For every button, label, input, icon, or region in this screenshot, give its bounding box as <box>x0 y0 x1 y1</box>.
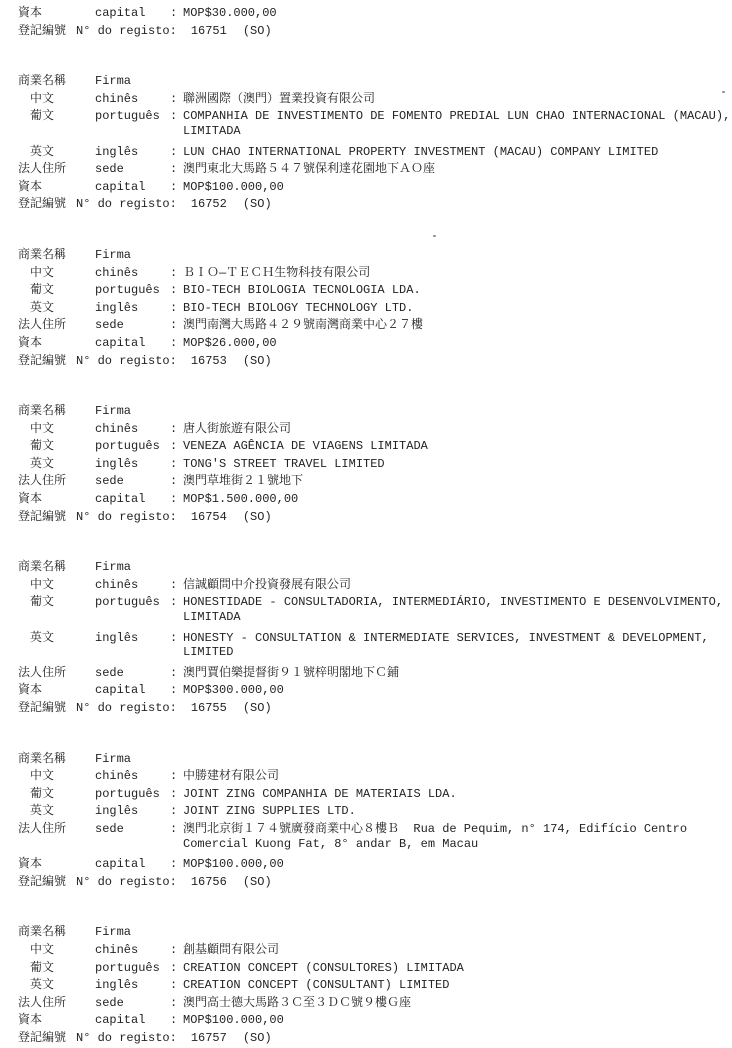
chinese-name-row-label-zh: 中文 <box>30 263 95 280</box>
portuguese-name-row: 葡文português:CREATION CONCEPT (CONSULTORE… <box>0 958 732 976</box>
colon: : <box>170 769 183 783</box>
capital-label-pt: capital <box>95 6 170 20</box>
registo-suffix: (SO) <box>243 24 272 38</box>
registry-entries-list: 商業名稱Firma中文chinês:聯洲國際（澳門）置業投資有限公司葡文port… <box>0 71 732 1045</box>
colon: : <box>170 631 183 645</box>
registo-row: 登記編號 N° do registo: 16751 (SO) <box>0 21 732 39</box>
portuguese-name-row-value: HONESTIDADE - CONSULTADORIA, INTERMEDIÁR… <box>183 595 723 609</box>
firma-label-zh: 商業名稱 <box>18 245 95 262</box>
registry-entry: 商業名稱Firma中文chinês:信誠顧問中介投資發展有限公司葡文portug… <box>0 557 732 715</box>
english-name-row-label-pt: inglês <box>95 301 170 315</box>
sede-row-continuation: Comercial Kuong Fat, 8° andar B, em Maca… <box>0 837 732 855</box>
english-name-row: 英文inglês:CREATION CONCEPT (CONSULTANT) L… <box>0 975 732 993</box>
colon: : <box>170 595 183 609</box>
portuguese-name-row-value: COMPANHIA DE INVESTIMENTO DE FOMENTO PRE… <box>183 109 730 123</box>
colon: : <box>170 439 183 453</box>
colon: : <box>170 283 183 297</box>
colon: : <box>170 6 183 20</box>
firma-label-pt: Firma <box>95 74 170 88</box>
colon: : <box>170 961 183 975</box>
sede-row: 法人住所sede:澳門北京街１７４號廣發商業中心８樓Ｂ Rua de Pequi… <box>0 819 732 837</box>
chinese-name-row: 中文chinês:創基顧問有限公司 <box>0 940 732 958</box>
registo-label-zh: 登記編號 <box>18 194 76 211</box>
registry-entry: 商業名稱Firma中文chinês:唐人街旅遊有限公司葡文português:V… <box>0 401 732 524</box>
english-name-row-value: JOINT ZING SUPPLIES LTD. <box>183 804 356 818</box>
registo-label-zh: 登記編號 <box>18 1028 76 1045</box>
capital-row-value: MOP$100.000,00 <box>183 1013 284 1027</box>
chinese-name-row-label-pt: chinês <box>95 943 170 957</box>
firma-header-row: 商業名稱Firma <box>0 401 732 419</box>
portuguese-name-row-label-zh: 葡文 <box>30 958 95 975</box>
english-name-row-label-zh: 英文 <box>30 454 95 471</box>
portuguese-name-row: 葡文português:COMPANHIA DE INVESTIMENTO DE… <box>0 106 732 124</box>
registo-number: 16752 <box>191 197 227 211</box>
portuguese-name-row-label-zh: 葡文 <box>30 592 95 609</box>
colon: : <box>170 492 183 506</box>
sede-row-label-zh: 法人住所 <box>18 993 95 1010</box>
registo-number: 16753 <box>191 354 227 368</box>
portuguese-name-row: 葡文português:BIO-TECH BIOLOGIA TECNOLOGIA… <box>0 280 732 298</box>
capital-row-value: MOP$100.000,00 <box>183 857 284 871</box>
registo-label-zh: 登記編號 <box>18 507 76 524</box>
registo-label-pt: N° do registo: <box>76 24 177 38</box>
registo-number: 16754 <box>191 510 227 524</box>
english-name-row: 英文inglês:TONG'S STREET TRAVEL LIMITED <box>0 454 732 472</box>
chinese-name-row-label-pt: chinês <box>95 266 170 280</box>
firma-label-pt: Firma <box>95 752 170 766</box>
english-name-row-value: BIO-TECH BIOLOGY TECHNOLOGY LTD. <box>183 301 413 315</box>
registo-suffix: (SO) <box>243 510 272 524</box>
firma-label-pt: Firma <box>95 404 170 418</box>
sede-row-value: 澳門東北大馬路５４７號保利達花園地下ＡＯ座 <box>183 159 435 176</box>
chinese-name-row: 中文chinês:聯洲國際（澳門）置業投資有限公司 <box>0 89 732 107</box>
registo-label-pt: N° do registo: <box>76 354 177 368</box>
capital-row-label-zh: 資本 <box>18 854 95 871</box>
portuguese-name-row: 葡文português:JOINT ZING COMPANHIA DE MATE… <box>0 784 732 802</box>
portuguese-name-row: 葡文português:HONESTIDADE - CONSULTADORIA,… <box>0 592 732 610</box>
registo-label-pt: N° do registo: <box>76 197 177 211</box>
colon: : <box>170 180 183 194</box>
capital-row-value: MOP$100.000,00 <box>183 180 284 194</box>
registo-label-pt: N° do registo: <box>76 1031 177 1045</box>
firma-header-row: 商業名稱Firma <box>0 749 732 767</box>
capital-row-value: MOP$300.000,00 <box>183 683 284 697</box>
registry-entry: 商業名稱Firma中文chinês:ＢＩＯ—ＴＥＣＨ生物科技有限公司葡文port… <box>0 245 732 368</box>
registo-number: 16756 <box>191 875 227 889</box>
capital-row-label-pt: capital <box>95 683 170 697</box>
firma-header-row: 商業名稱Firma <box>0 557 732 575</box>
chinese-name-row-label-zh: 中文 <box>30 419 95 436</box>
english-name-row-label-zh: 英文 <box>30 801 95 818</box>
chinese-name-row-label-zh: 中文 <box>30 89 95 106</box>
english-name-row-label-pt: inglês <box>95 804 170 818</box>
portuguese-name-row-label-zh: 葡文 <box>30 106 95 123</box>
sede-row-value: 澳門草堆街２１號地下 <box>183 471 303 488</box>
firma-header-row: 商業名稱Firma <box>0 245 732 263</box>
english-name-row: 英文inglês:HONESTY - CONSULTATION & INTERM… <box>0 628 732 646</box>
registo-number: 16751 <box>191 24 227 38</box>
english-name-row-label-zh: 英文 <box>30 975 95 992</box>
chinese-name-row-value: 聯洲國際（澳門）置業投資有限公司 <box>183 89 375 106</box>
portuguese-name-row-value: JOINT ZING COMPANHIA DE MATERIAIS LDA. <box>183 787 457 801</box>
registo-suffix: (SO) <box>243 197 272 211</box>
registo-number: 16757 <box>191 1031 227 1045</box>
portuguese-name-row-label-pt: português <box>95 109 170 123</box>
capital-row: 資本 capital : MOP$30.000,00 <box>0 3 732 21</box>
colon: : <box>170 857 183 871</box>
capital-row-label-zh: 資本 <box>18 489 95 506</box>
registo-label-pt: N° do registo: <box>76 510 177 524</box>
sede-row-value: 澳門北京街１７４號廣發商業中心８樓Ｂ Rua de Pequim, n° 174… <box>183 819 687 836</box>
capital-row-value: MOP$26.000,00 <box>183 336 277 350</box>
registo-label-zh: 登記編號 <box>18 698 76 715</box>
capital-row: 資本capital:MOP$100.000,00 <box>0 177 732 195</box>
registo-suffix: (SO) <box>243 875 272 889</box>
colon: : <box>170 457 183 471</box>
colon: : <box>170 162 183 176</box>
chinese-name-row-label-zh: 中文 <box>30 575 95 592</box>
registo-label-pt: N° do registo: <box>76 875 177 889</box>
registry-document-page: 資本 capital : MOP$30.000,00 登記編號 N° do re… <box>0 0 732 1048</box>
registry-entry: 商業名稱Firma中文chinês:創基顧問有限公司葡文português:CR… <box>0 922 732 1045</box>
sede-row-label-pt: sede <box>95 318 170 332</box>
colon: : <box>170 422 183 436</box>
colon: : <box>170 996 183 1010</box>
english-name-row-value: TONG'S STREET TRAVEL LIMITED <box>183 457 385 471</box>
capital-label-zh: 資本 <box>18 3 95 20</box>
chinese-name-row-value: 中勝建材有限公司 <box>183 766 279 783</box>
chinese-name-row-value: ＢＩＯ—ＴＥＣＨ生物科技有限公司 <box>183 263 370 280</box>
portuguese-name-row-continuation: LIMITADA <box>0 610 732 628</box>
registo-number: 16755 <box>191 701 227 715</box>
chinese-name-row-label-zh: 中文 <box>30 766 95 783</box>
english-name-row: 英文inglês:LUN CHAO INTERNATIONAL PROPERTY… <box>0 142 732 160</box>
capital-row: 資本capital:MOP$100.000,00 <box>0 854 732 872</box>
registo-row: 登記編號N° do registo:16753(SO) <box>0 351 732 369</box>
sede-row-label-pt: sede <box>95 996 170 1010</box>
portuguese-name-row-label-zh: 葡文 <box>30 784 95 801</box>
colon: : <box>170 787 183 801</box>
firma-header-row: 商業名稱Firma <box>0 922 732 940</box>
english-name-row-label-zh: 英文 <box>30 298 95 315</box>
sede-row: 法人住所sede:澳門高士德大馬路３Ｃ至３ＤＣ號９樓Ｇ座 <box>0 993 732 1011</box>
colon: : <box>170 266 183 280</box>
sede-row-label-zh: 法人住所 <box>18 819 95 836</box>
sede-row-value-continued: Comercial Kuong Fat, 8° andar B, em Maca… <box>183 837 478 851</box>
sede-row-value: 澳門賈伯樂提督街９１號梓明閣地下Ｃ鋪 <box>183 663 399 680</box>
english-name-row-label-pt: inglês <box>95 457 170 471</box>
portuguese-name-row-label-pt: português <box>95 595 170 609</box>
registry-entry: 商業名稱Firma中文chinês:中勝建材有限公司葡文português:JO… <box>0 749 732 890</box>
english-name-row: 英文inglês:BIO-TECH BIOLOGY TECHNOLOGY LTD… <box>0 298 732 316</box>
english-name-row-label-pt: inglês <box>95 978 170 992</box>
sede-row: 法人住所sede:澳門草堆街２１號地下 <box>0 471 732 489</box>
colon: : <box>170 109 183 123</box>
chinese-name-row-label-pt: chinês <box>95 92 170 106</box>
capital-row-label-zh: 資本 <box>18 1010 95 1027</box>
colon: : <box>170 978 183 992</box>
portuguese-name-row-label-pt: português <box>95 283 170 297</box>
english-name-row-label-pt: inglês <box>95 631 170 645</box>
chinese-name-row: 中文chinês:唐人街旅遊有限公司 <box>0 419 732 437</box>
colon: : <box>170 578 183 592</box>
capital-row: 資本capital:MOP$300.000,00 <box>0 680 732 698</box>
sede-row-label-pt: sede <box>95 162 170 176</box>
chinese-name-row-label-pt: chinês <box>95 422 170 436</box>
registo-row: 登記編號N° do registo:16752(SO) <box>0 194 732 212</box>
english-name-row-label-zh: 英文 <box>30 142 95 159</box>
colon: : <box>170 822 183 836</box>
colon: : <box>170 301 183 315</box>
registo-row: 登記編號N° do registo:16755(SO) <box>0 698 732 716</box>
registo-suffix: (SO) <box>243 354 272 368</box>
sede-row: 法人住所sede:澳門南灣大馬路４２９號南灣商業中心２７樓 <box>0 315 732 333</box>
sede-row-label-pt: sede <box>95 666 170 680</box>
registry-entry-partial: 資本 capital : MOP$30.000,00 登記編號 N° do re… <box>0 3 732 38</box>
registo-suffix: (SO) <box>243 1031 272 1045</box>
colon: : <box>170 318 183 332</box>
chinese-name-row-value: 唐人街旅遊有限公司 <box>183 419 291 436</box>
sede-row-label-zh: 法人住所 <box>18 159 95 176</box>
sede-row: 法人住所sede:澳門賈伯樂提督街９１號梓明閣地下Ｃ鋪 <box>0 663 732 681</box>
colon: : <box>170 92 183 106</box>
firma-header-row: 商業名稱Firma <box>0 71 732 89</box>
chinese-name-row-label-zh: 中文 <box>30 940 95 957</box>
english-name-row-value: LUN CHAO INTERNATIONAL PROPERTY INVESTME… <box>183 145 658 159</box>
english-name-row-label-pt: inglês <box>95 145 170 159</box>
sede-row-label-pt: sede <box>95 474 170 488</box>
colon: : <box>170 683 183 697</box>
chinese-name-row: 中文chinês:ＢＩＯ—ＴＥＣＨ生物科技有限公司 <box>0 263 732 281</box>
firma-label-pt: Firma <box>95 248 170 262</box>
sede-row-label-pt: sede <box>95 822 170 836</box>
capital-row-label-pt: capital <box>95 857 170 871</box>
chinese-name-row-value: 信誠顧問中介投資發展有限公司 <box>183 575 351 592</box>
english-name-row-value-continued: LIMITED <box>183 645 233 659</box>
firma-label-zh: 商業名稱 <box>18 71 95 88</box>
english-name-row-value: HONESTY - CONSULTATION & INTERMEDIATE SE… <box>183 631 709 645</box>
colon: : <box>170 336 183 350</box>
colon: : <box>170 666 183 680</box>
portuguese-name-row-value: BIO-TECH BIOLOGIA TECNOLOGIA LDA. <box>183 283 421 297</box>
firma-label-pt: Firma <box>95 560 170 574</box>
portuguese-name-row-label-pt: português <box>95 787 170 801</box>
capital-row-value: MOP$1.500.000,00 <box>183 492 298 506</box>
sede-row-label-zh: 法人住所 <box>18 663 95 680</box>
firma-label-zh: 商業名稱 <box>18 401 95 418</box>
chinese-name-row-label-pt: chinês <box>95 769 170 783</box>
firma-label-zh: 商業名稱 <box>18 922 95 939</box>
chinese-name-row: 中文chinês:中勝建材有限公司 <box>0 766 732 784</box>
registo-label-zh: 登記編號 <box>18 872 76 889</box>
scan-speck <box>433 235 436 237</box>
firma-label-pt: Firma <box>95 925 170 939</box>
registo-suffix: (SO) <box>243 701 272 715</box>
capital-row: 資本capital:MOP$26.000,00 <box>0 333 732 351</box>
portuguese-name-row-label-zh: 葡文 <box>30 436 95 453</box>
portuguese-name-row: 葡文português:VENEZA AGÊNCIA DE VIAGENS LI… <box>0 436 732 454</box>
portuguese-name-row-value-continued: LIMITADA <box>183 124 241 138</box>
capital-row-label-zh: 資本 <box>18 680 95 697</box>
colon: : <box>170 804 183 818</box>
english-name-row-value: CREATION CONCEPT (CONSULTANT) LIMITED <box>183 978 449 992</box>
portuguese-name-row-label-pt: português <box>95 961 170 975</box>
registo-row: 登記編號N° do registo:16757(SO) <box>0 1028 732 1046</box>
english-name-row: 英文inglês:JOINT ZING SUPPLIES LTD. <box>0 801 732 819</box>
sede-row-value: 澳門高士德大馬路３Ｃ至３ＤＣ號９樓Ｇ座 <box>183 993 411 1010</box>
registo-label-pt: N° do registo: <box>76 701 177 715</box>
sede-row: 法人住所sede:澳門東北大馬路５４７號保利達花園地下ＡＯ座 <box>0 159 732 177</box>
colon: : <box>170 145 183 159</box>
scan-speck <box>722 91 725 93</box>
capital-row-label-zh: 資本 <box>18 177 95 194</box>
portuguese-name-row-continuation: LIMITADA <box>0 124 732 142</box>
chinese-name-row-label-pt: chinês <box>95 578 170 592</box>
registo-label-zh: 登記編號 <box>18 351 76 368</box>
portuguese-name-row-label-pt: português <box>95 439 170 453</box>
capital-row-label-pt: capital <box>95 180 170 194</box>
english-name-row-label-zh: 英文 <box>30 628 95 645</box>
colon: : <box>170 943 183 957</box>
portuguese-name-row-value: VENEZA AGÊNCIA DE VIAGENS LIMITADA <box>183 439 428 453</box>
registo-row: 登記編號N° do registo:16754(SO) <box>0 507 732 525</box>
capital-row-label-zh: 資本 <box>18 333 95 350</box>
sede-row-label-zh: 法人住所 <box>18 315 95 332</box>
sede-row-label-zh: 法人住所 <box>18 471 95 488</box>
sede-row-value: 澳門南灣大馬路４２９號南灣商業中心２７樓 <box>183 315 423 332</box>
portuguese-name-row-label-zh: 葡文 <box>30 280 95 297</box>
registo-row: 登記編號N° do registo:16756(SO) <box>0 872 732 890</box>
chinese-name-row-value: 創基顧問有限公司 <box>183 940 279 957</box>
firma-label-zh: 商業名稱 <box>18 557 95 574</box>
capital-row-label-pt: capital <box>95 492 170 506</box>
firma-label-zh: 商業名稱 <box>18 749 95 766</box>
colon: : <box>170 474 183 488</box>
chinese-name-row: 中文chinês:信誠顧問中介投資發展有限公司 <box>0 575 732 593</box>
registry-entry: 商業名稱Firma中文chinês:聯洲國際（澳門）置業投資有限公司葡文port… <box>0 71 732 212</box>
colon: : <box>170 1013 183 1027</box>
capital-row: 資本capital:MOP$100.000,00 <box>0 1010 732 1028</box>
capital-value: MOP$30.000,00 <box>183 6 277 20</box>
registo-label-zh: 登記編號 <box>18 21 76 38</box>
capital-row-label-pt: capital <box>95 336 170 350</box>
capital-row: 資本capital:MOP$1.500.000,00 <box>0 489 732 507</box>
capital-row-label-pt: capital <box>95 1013 170 1027</box>
english-name-row-continuation: LIMITED <box>0 645 732 663</box>
portuguese-name-row-value-continued: LIMITADA <box>183 610 241 624</box>
portuguese-name-row-value: CREATION CONCEPT (CONSULTORES) LIMITADA <box>183 961 464 975</box>
